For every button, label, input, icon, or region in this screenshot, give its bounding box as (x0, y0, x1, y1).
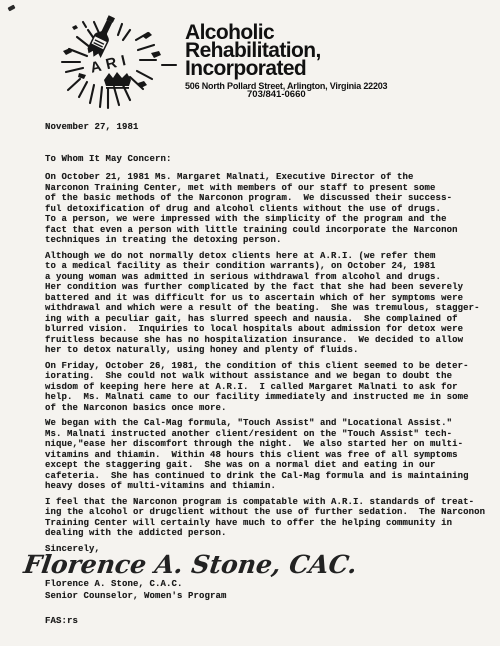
ari-smashed-bottle-logo-icon: ARI (50, 10, 178, 115)
letter-body: November 27, 1981 To Whom It May Concern… (45, 122, 495, 628)
letter-date: November 27, 1981 (45, 122, 495, 133)
scan-speck (7, 5, 15, 12)
paragraph-4: We began with the Cal-Mag formula, "Touc… (45, 418, 495, 492)
paragraph-1: On October 21, 1981 Ms. Margaret Malnati… (45, 172, 495, 246)
paragraph-3: On Friday, October 26, 1981, the conditi… (45, 361, 495, 414)
paragraph-2: Although we do not normally detox client… (45, 251, 495, 356)
org-phone: 703/841-0660 (247, 89, 306, 100)
letter-page: ARI Alcoholic Rehabilitation, Incorporat… (0, 0, 500, 646)
paragraph-5: I feel that the Narconon program is comp… (45, 497, 495, 539)
signer-name: Florence A. Stone, C.A.C. (45, 579, 495, 591)
salutation: To Whom It May Concern: (45, 154, 495, 165)
signature-block: Sincerely, Florence A. Stone, CAC. Flore… (45, 544, 495, 628)
typist-initials: FAS:rs (45, 616, 495, 628)
signer-title: Senior Counselor, Women's Program (45, 591, 495, 603)
handwritten-signature: Florence A. Stone, CAC. (22, 552, 499, 578)
org-name: Alcoholic Rehabilitation, Incorporated (185, 24, 387, 78)
